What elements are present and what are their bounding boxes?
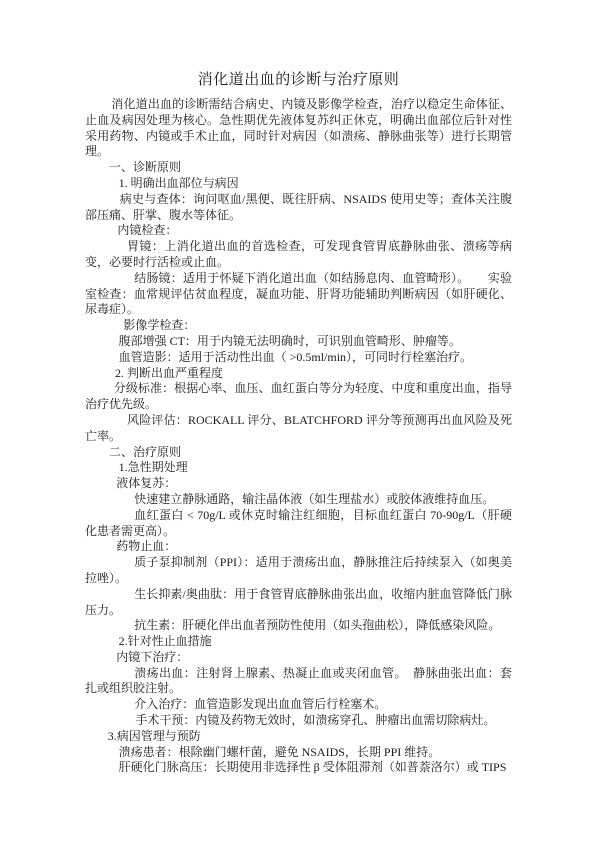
subheading-severity: 2. 判断出血严重程度: [85, 366, 512, 382]
para-ulcer-variceal-bleeding: 溃疡出血：注射肾上腺素、热凝止血或夹闭血管。 静脉曲张出血：套扎或组织胶注射。: [85, 666, 512, 698]
subheading-identify-bleeding-site: 1. 明确出血部位与病因: [85, 176, 512, 192]
para-ct: 腹部增强 CT：用于内镜无法明确时，可识别血管畸形、肿瘤等。: [85, 334, 512, 350]
label-endoscopy: 内镜检查：: [85, 223, 512, 239]
para-surgery: 手术干预：内镜及药物无效时，如溃疡穿孔、肿瘤出血需切除病灶。: [85, 713, 512, 729]
para-iv-access: 快速建立静脉通路，输注晶体液（如生理盐水）或胶体液维持血压。: [85, 492, 512, 508]
subheading-etiology-management: 3.病因管理与预防: [85, 729, 512, 745]
intro-paragraph: 消化道出血的诊断需结合病史、内镜及影像学检查，治疗以稳定生命体征、止血及病因处理…: [85, 97, 512, 160]
subheading-targeted-hemostasis: 2.针对性止血措施: [85, 634, 512, 650]
label-endoscopic-treatment: 内镜下治疗：: [85, 650, 512, 666]
label-imaging: 影像学检查：: [85, 318, 512, 334]
para-risk-scores: 风险评估：ROCKALL 评分、BLATCHFORD 评分等预测再出血风险及死亡…: [85, 413, 512, 445]
para-angiography: 血管造影：适用于活动性出血（ >0.5ml/min），可同时行栓塞治疗。: [85, 350, 512, 366]
heading-diagnosis-principles: 一、诊断原则: [85, 160, 512, 176]
para-ulcer-patients: 溃疡患者：根除幽门螺杆菌，避免 NSAIDS，长期 PPI 维持。: [85, 745, 512, 761]
para-grading-criteria: 分级标准：根据心率、血压、血红蛋白等分为轻度、中度和重度出血，指导治疗优先级。: [85, 381, 512, 413]
para-colonoscopy-lab: 结肠镜：适用于怀疑下消化道出血（如结肠息肉、血管畸形）。 实验室检查：血常规评估…: [85, 271, 512, 318]
subheading-acute-phase: 1.急性期处理: [85, 460, 512, 476]
para-transfusion: 血红蛋白 < 70g/L 或休克时输注红细胞，目标血红蛋白 70-90g/L（肝…: [85, 508, 512, 540]
para-ppi: 质子泵抑制剂（PPI）：适用于溃疡出血，静脉推注后持续泵入（如奥美拉唑）。: [85, 555, 512, 587]
para-gastroscopy: 胃镜：上消化道出血的首选检查，可发现食管胃底静脉曲张、溃疡等病变，必要时行活检或…: [85, 239, 512, 271]
heading-treatment-principles: 二、治疗原则: [85, 445, 512, 461]
para-cirrhosis-portal-hypertension: 肝硬化门脉高压：长期使用非选择性 β 受体阻滞剂（如普萘洛尔）或 TIPS: [85, 760, 512, 776]
para-antibiotics: 抗生素：肝硬化伴出血者预防性使用（如头孢曲松），降低感染风险。: [85, 618, 512, 634]
document-page: 消化道出血的诊断与治疗原则 消化道出血的诊断需结合病史、内镜及影像学检查，治疗以…: [0, 0, 595, 841]
label-drug-hemostasis: 药物止血：: [85, 539, 512, 555]
para-history-exam: 病史与查体：询问呕血/黑便、既往肝病、NSAIDS 使用史等；查体关注腹部压痛、…: [85, 192, 512, 224]
para-somatostatin: 生长抑素/奥曲肽：用于食管胃底静脉曲张出血，收缩内脏血管降低门脉压力。: [85, 587, 512, 619]
para-interventional: 介入治疗：血管造影发现出血血管后行栓塞术。: [85, 697, 512, 713]
document-title: 消化道出血的诊断与治疗原则: [85, 70, 512, 90]
label-fluid-resuscitation: 液体复苏：: [85, 476, 512, 492]
